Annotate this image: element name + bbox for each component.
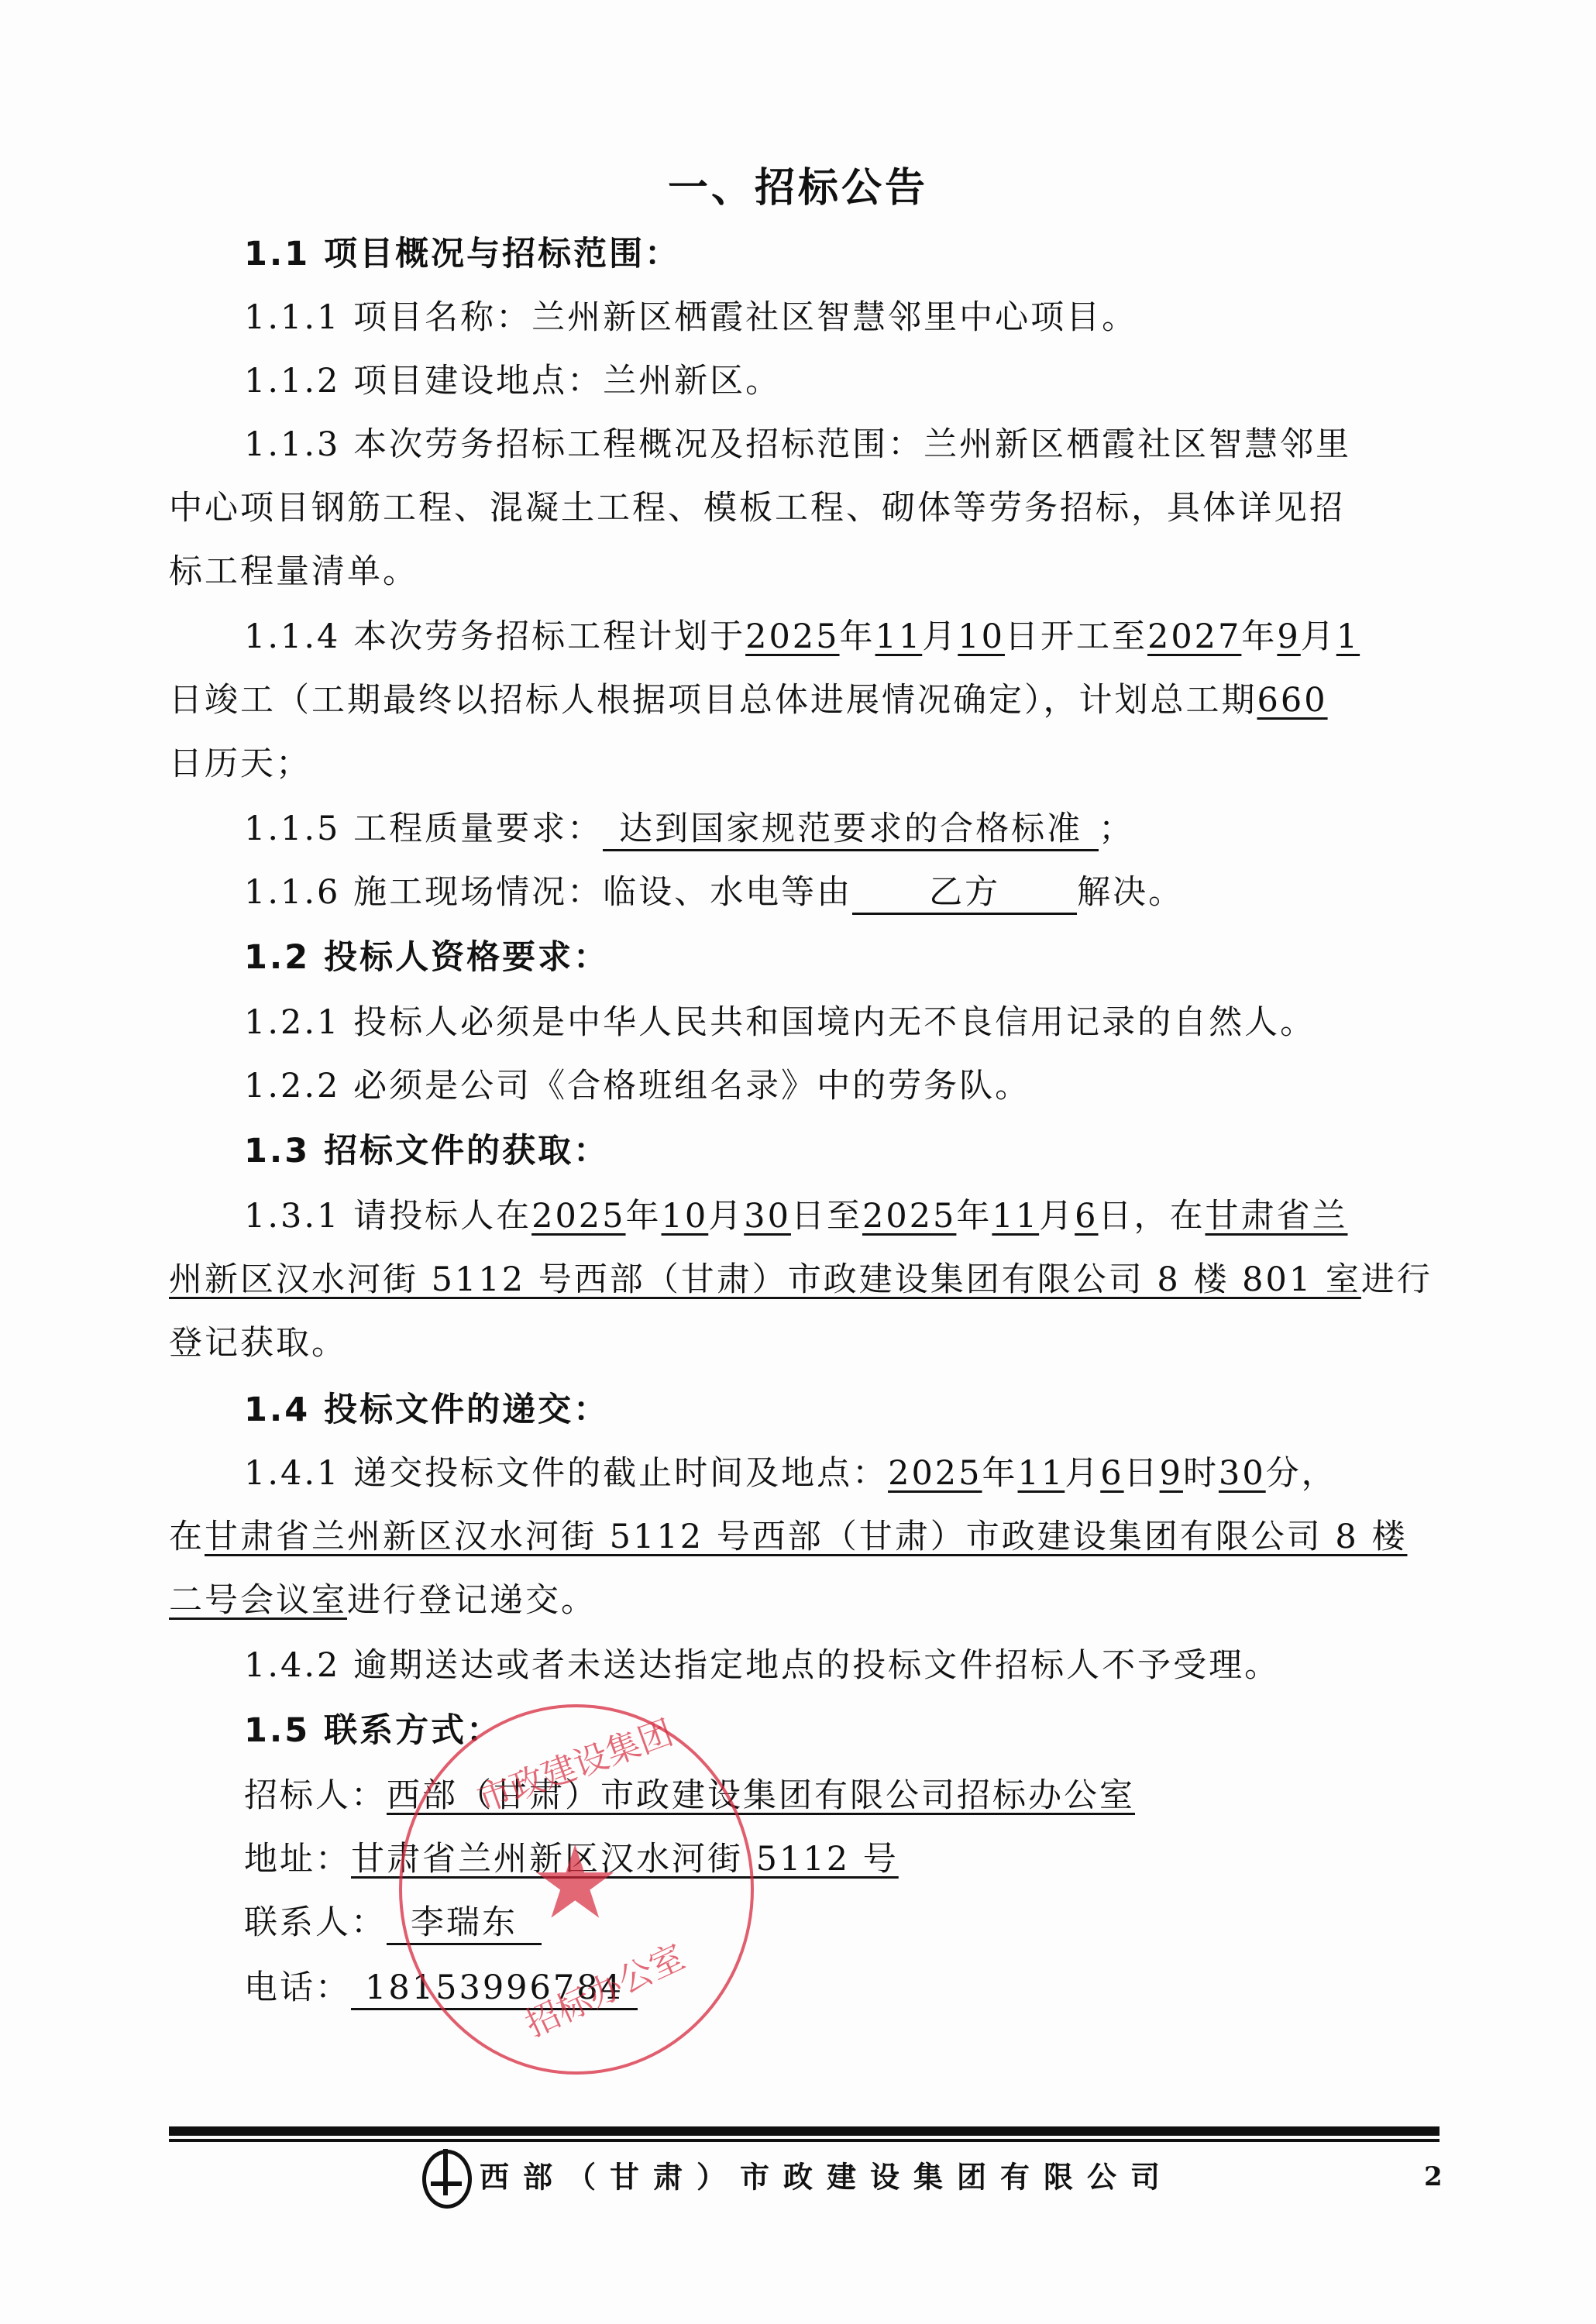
deadline-hour: 9 [1160,1454,1183,1493]
page-number: 2 [1424,2161,1443,2192]
from-year: 2025 [531,1197,625,1236]
item-1-1-5: 1.1.5 工程质量要求：达到国家规范要求的合格标准； [244,806,1134,852]
footer-divider-thin [169,2139,1439,2142]
section-1-1-heading: 1.1 项目概况与招标范围： [244,231,680,277]
item-1-1-3-line3: 标工程量清单。 [169,548,418,595]
deadline-month: 11 [1018,1454,1065,1493]
from-day: 30 [744,1197,791,1236]
project-name: 兰州新区栖霞社区智慧邻里中心项目。 [531,298,1137,337]
end-month: 9 [1277,617,1300,656]
footer-divider [169,2126,1439,2136]
text: 分， [1266,1454,1337,1493]
item-1-1-4-line1: 1.1.4 本次劳务招标工程计划于2025年11月10日开工至2027年9月1 [244,614,1360,660]
text: 1.4.1 递交投标文件的截止时间及地点： [244,1454,888,1493]
contact-phone: 电话：18153996784 [244,1965,638,2011]
text: 年 [626,1197,662,1236]
item-1-3-1-line3: 登记获取。 [169,1320,347,1367]
pickup-address: 州新区汉水河街 5112 号西部（甘肃）市政建设集团有限公司 8 楼 801 室 [169,1260,1361,1299]
item-label: 1.1.2 项目建设地点： [244,362,603,401]
text: 日开工至 [1005,617,1147,656]
company-logo-icon [422,2150,472,2209]
text: 进行 [1361,1260,1433,1299]
item-1-1-1: 1.1.1 项目名称：兰州新区栖霞社区智慧邻里中心项目。 [244,294,1137,341]
text: 日 [1124,1454,1160,1493]
footer: 西部（甘肃）市政建设集团有限公司 [0,2150,1596,2209]
deadline-minute: 30 [1219,1454,1266,1493]
start-month: 11 [875,617,923,656]
contact-tenderer: 招标人：西部（甘肃）市政建设集团有限公司招标办公室 [244,1772,1135,1819]
item-1-4-1-line1: 1.4.1 递交投标文件的截止时间及地点：2025年11月6日9时30分， [244,1450,1337,1497]
item-label: 1.1.6 施工现场情况：临设、水电等由 [244,873,852,912]
text: 月 [708,1197,744,1236]
quality-requirement: 达到国家规范要求的合格标准 [603,809,1099,851]
text: 月 [1065,1454,1100,1493]
item-1-1-6: 1.1.6 施工现场情况：临设、水电等由乙方解决。 [244,869,1184,916]
tenderer-value: 西部（甘肃）市政建设集团有限公司招标办公室 [387,1776,1135,1815]
item-1-2-1: 1.2.1 投标人必须是中华人民共和国境内无不良信用记录的自然人。 [244,999,1316,1046]
text: 日，在 [1098,1197,1205,1236]
person-value: 李瑞东 [387,1903,542,1945]
official-seal: ★ 市政建设集团 招标办公室 [399,1704,754,2075]
text: 月 [1039,1197,1075,1236]
text: 日至 [791,1197,862,1236]
end-year: 2027 [1147,617,1241,656]
responsible-party: 乙方 [852,872,1077,915]
address-value: 甘肃省兰州新区汉水河街 5112 号 [351,1840,899,1879]
contact-person: 联系人：李瑞东 [244,1899,542,1946]
text: 年 [840,617,875,656]
text: 时 [1183,1454,1219,1493]
section-1-4-heading: 1.4 投标文件的递交： [244,1387,609,1433]
text: 月 [922,617,958,656]
item-1-1-4-line3: 日历天； [169,741,311,787]
text: ； [1099,810,1134,848]
submission-address: 甘肃省兰州新区汉水河街 5112 号西部（甘肃）市政建设集团有限公司 8 楼 [205,1518,1407,1556]
pickup-address: 甘肃省兰 [1205,1197,1347,1236]
to-day: 6 [1075,1197,1098,1236]
item-1-2-2: 1.2.2 必须是公司《合格班组名录》中的劳务队。 [244,1063,1030,1109]
to-month: 11 [992,1197,1039,1236]
from-month: 10 [662,1197,709,1236]
item-1-1-4-line2: 日竣工（工期最终以招标人根据项目总体进展情况确定），计划总工期660 [169,677,1328,724]
text: 月 [1301,617,1336,656]
label: 电话： [244,1968,351,2007]
contact-address: 地址：甘肃省兰州新区汉水河街 5112 号 [244,1836,899,1882]
start-year: 2025 [745,617,839,656]
text: 1.3.1 请投标人在 [244,1197,531,1236]
project-location: 兰州新区。 [603,362,781,401]
section-1-2-heading: 1.2 投标人资格要求： [244,934,609,981]
item-1-1-2: 1.1.2 项目建设地点：兰州新区。 [244,358,781,404]
item-1-4-1-line3: 二号会议室进行登记递交。 [169,1577,597,1624]
item-1-4-1-line2: 在甘肃省兰州新区汉水河街 5112 号西部（甘肃）市政建设集团有限公司 8 楼 [169,1514,1407,1560]
duration-days: 660 [1257,681,1328,720]
item-1-3-1-line1: 1.3.1 请投标人在2025年10月30日至2025年11月6日，在甘肃省兰 [244,1193,1347,1239]
text: 解决。 [1077,873,1184,912]
text: 年 [956,1197,992,1236]
item-label: 1.1.5 工程质量要求： [244,810,603,848]
submission-room: 二号会议室 [169,1581,347,1620]
deadline-day: 6 [1100,1454,1123,1493]
label: 招标人： [244,1776,387,1815]
text: 年 [982,1454,1018,1493]
text: 日竣工（工期最终以招标人根据项目总体进展情况确定），计划总工期 [169,681,1257,720]
footer-company-name: 西部（甘肃）市政建设集团有限公司 [480,2161,1174,2195]
item-label: 1.1.1 项目名称： [244,298,531,337]
start-day: 10 [958,617,1005,656]
section-1-3-heading: 1.3 招标文件的获取： [244,1128,609,1174]
label: 地址： [244,1840,351,1879]
page-title: 一、招标公告 [0,155,1596,213]
text: 在 [169,1518,205,1556]
text: 年 [1241,617,1277,656]
label: 联系人： [244,1903,387,1942]
text: 进行登记递交。 [347,1581,597,1620]
item-1-3-1-line2: 州新区汉水河街 5112 号西部（甘肃）市政建设集团有限公司 8 楼 801 室… [169,1257,1433,1303]
text: 1.1.4 本次劳务招标工程计划于 [244,617,745,656]
end-day: 1 [1336,617,1360,656]
item-1-1-3-line2: 中心项目钢筋工程、混凝土工程、模板工程、砌体等劳务招标，具体详见招 [169,485,1345,531]
item-1-1-3-line1: 1.1.3 本次劳务招标工程概况及招标范围：兰州新区栖霞社区智慧邻里 [244,421,1351,468]
phone-value: 18153996784 [351,1968,638,2010]
deadline-year: 2025 [888,1454,982,1493]
item-1-4-2: 1.4.2 逾期送达或者未送达指定地点的投标文件招标人不予受理。 [244,1642,1280,1689]
to-year: 2025 [862,1197,956,1236]
section-1-5-heading: 1.5 联系方式： [244,1707,502,1754]
